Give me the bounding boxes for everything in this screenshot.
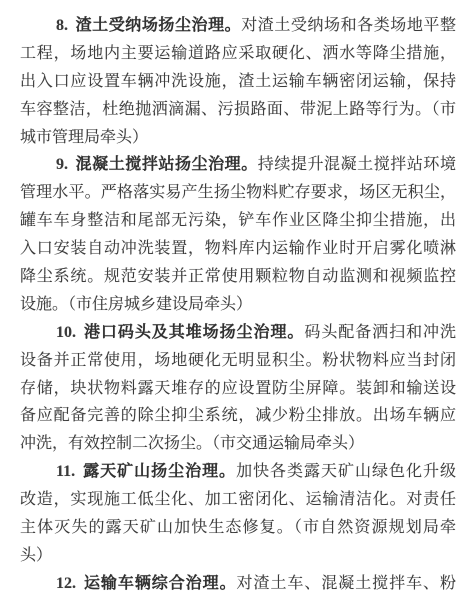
paragraph-11: 11.露天矿山扬尘治理。加快各类露天矿山绿色化升级改造，实现施工低尘化、加工密闭…: [20, 458, 456, 570]
line-text: 持续提升混凝土搅拌站环境: [258, 156, 456, 173]
text-line: 备应配备完善的除尘抑尘系统，减少粉尘排放。出场车辆应: [20, 402, 456, 430]
text-line: 12.运输车辆综合治理。对渣土车、混凝土搅拌车、粉: [20, 570, 456, 598]
paragraph-8: 8.渣土受纳场扬尘治理。对渣土受纳场和各类场地平整工程，场地内主要运输道路应采取…: [20, 12, 456, 151]
paragraph-number: 10.: [56, 324, 76, 341]
paragraph-number: 9.: [56, 156, 68, 173]
text-line: 工程，场地内主要运输道路应采取硬化、洒水等降尘措施，: [20, 40, 456, 68]
paragraph-9: 9.混凝土搅拌站扬尘治理。持续提升混凝土搅拌站环境管理水平。严格落实易产生扬尘物…: [20, 151, 456, 318]
text-line: 罐车车身整洁和尾部无污染，铲车作业区降尘抑尘措施，出: [20, 207, 456, 235]
line-text: 加快各类露天矿山绿色化升级: [236, 463, 456, 480]
line-text: 对渣土受纳场和各类场地平整: [241, 17, 456, 34]
text-line: 入口安装自动冲洗装置，物料库内运输作业时开启雾化喷淋: [20, 235, 456, 263]
paragraph-number: 11.: [56, 463, 75, 480]
line-text: 码头配备洒扫和冲洗: [304, 324, 456, 341]
paragraph-10: 10.港口码头及其堆场扬尘治理。码头配备洒扫和冲洗设备并正常使用，场地硬化无明显…: [20, 319, 456, 458]
document-page: 8.渣土受纳场扬尘治理。对渣土受纳场和各类场地平整工程，场地内主要运输道路应采取…: [0, 0, 475, 615]
text-line: 头）: [20, 542, 456, 570]
text-line: 管理水平。严格落实易产生扬尘物料贮存要求，场区无积尘，: [20, 179, 456, 207]
text-line: 冲洗，有效控制二次扬尘。（市交通运输局牵头）: [20, 430, 456, 458]
text-line: 车容整洁，杜绝抛洒滴漏、污损路面、带泥上路等行为。（市: [20, 96, 456, 124]
text-line: 降尘系统。规范安装并正常使用颗粒物自动监测和视频监控: [20, 263, 456, 291]
text-line: 城市管理局牵头）: [20, 124, 456, 152]
text-line: 主体灭失的露天矿山加快生态修复。（市自然资源规划局牵: [20, 514, 456, 542]
text-line: 10.港口码头及其堆场扬尘治理。码头配备洒扫和冲洗: [20, 319, 456, 347]
paragraph-12: 12.运输车辆综合治理。对渣土车、混凝土搅拌车、粉: [20, 570, 456, 598]
text-line: 设施。（市住房城乡建设局牵头）: [20, 291, 456, 319]
paragraph-title: 露天矿山扬尘治理。: [82, 463, 236, 480]
text-line: 9.混凝土搅拌站扬尘治理。持续提升混凝土搅拌站环境: [20, 151, 456, 179]
text-line: 设备并正常使用，场地硬化无明显积尘。粉状物料应当封闭: [20, 347, 456, 375]
text-line: 8.渣土受纳场扬尘治理。对渣土受纳场和各类场地平整: [20, 12, 456, 40]
text-line: 存储，块状物料露天堆存的应设置防尘屏障。装卸和输送设: [20, 375, 456, 403]
paragraph-number: 8.: [56, 17, 68, 34]
paragraph-title: 渣土受纳场扬尘治理。: [75, 17, 241, 34]
paragraph-title: 港口码头及其堆场扬尘治理。: [83, 324, 304, 341]
line-text: 对渣土车、混凝土搅拌车、粉: [237, 575, 456, 592]
paragraph-number: 12.: [56, 575, 76, 592]
text-line: 11.露天矿山扬尘治理。加快各类露天矿山绿色化升级: [20, 458, 456, 486]
paragraph-title: 运输车辆综合治理。: [83, 575, 237, 592]
text-line: 出入口应设置车辆冲洗设施，渣土运输车辆密闭运输，保持: [20, 68, 456, 96]
text-line: 改造，实现施工低尘化、加工密闭化、运输清洁化。对责任: [20, 486, 456, 514]
paragraph-title: 混凝土搅拌站扬尘治理。: [75, 156, 258, 173]
